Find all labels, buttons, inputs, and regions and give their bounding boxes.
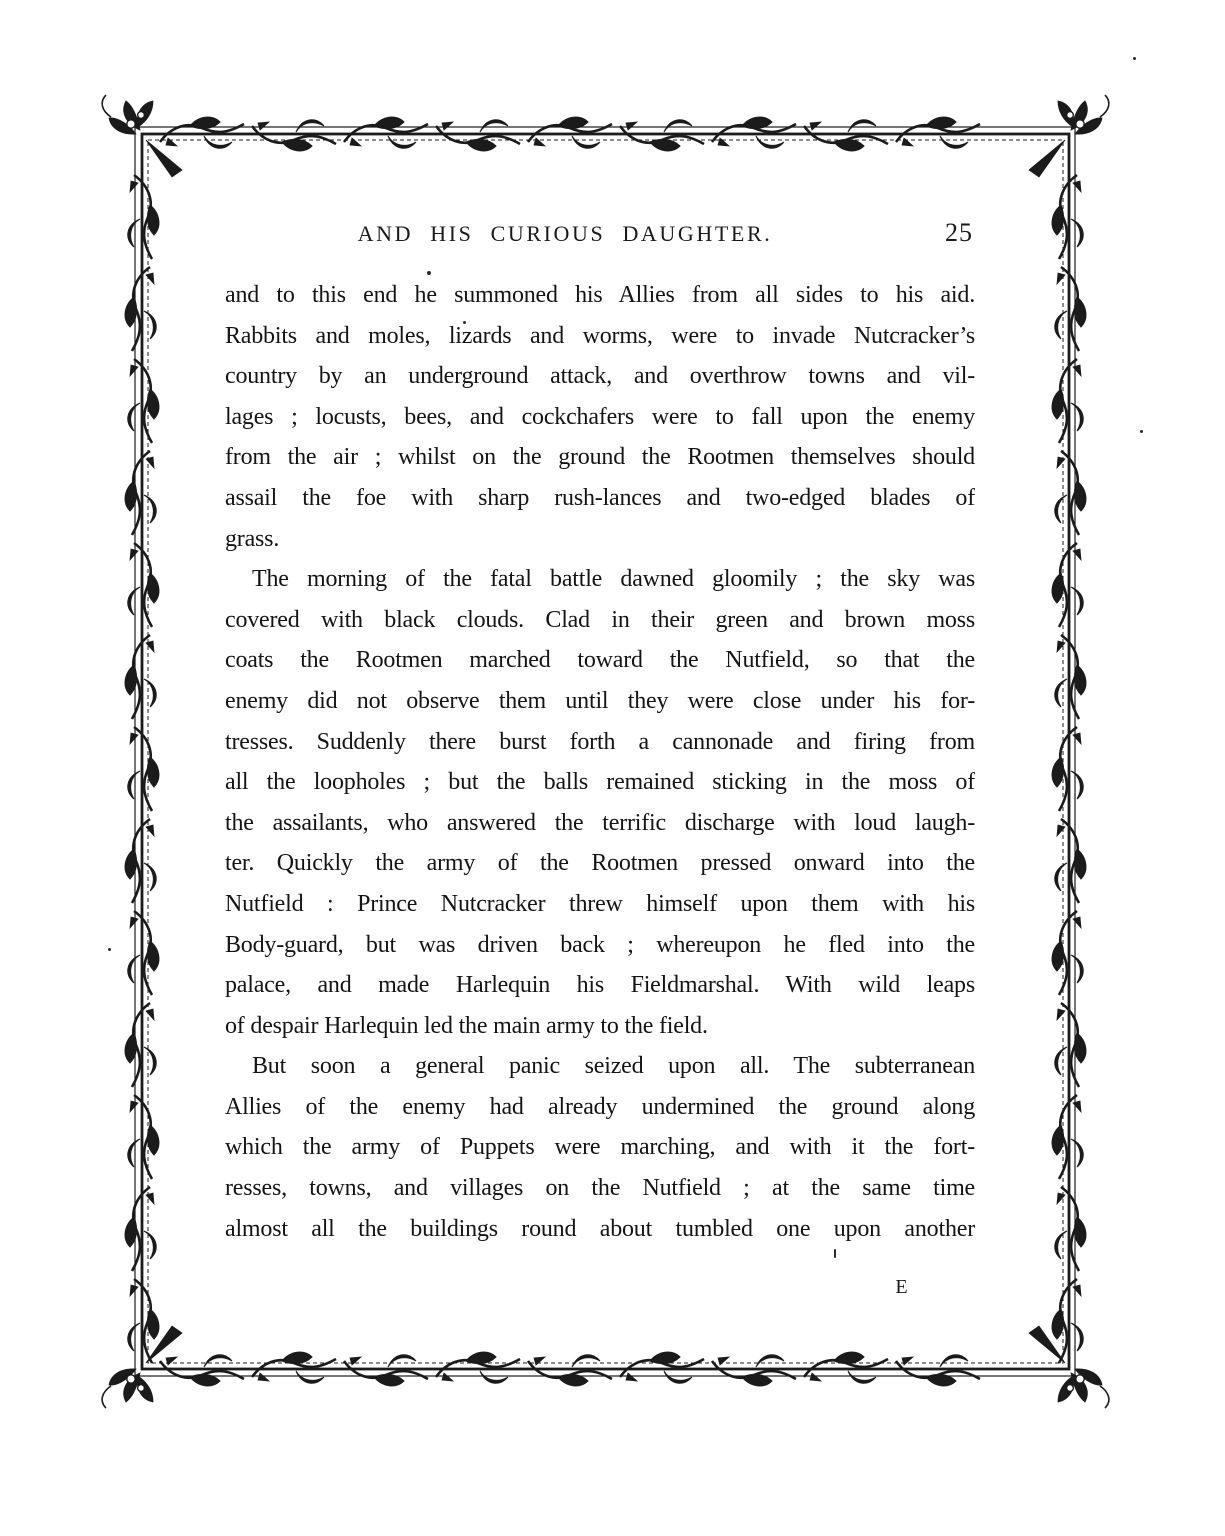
text-line: the assailants, who answered the terrifi… xyxy=(225,803,975,844)
text-line: lages ; locusts, bees, and cockchafers w… xyxy=(225,397,975,438)
text-line: which the army of Puppets were marching,… xyxy=(225,1127,975,1168)
scan-speck xyxy=(463,321,466,324)
running-head: AND HIS CURIOUS DAUGHTER. 25 xyxy=(225,221,975,255)
scan-speck xyxy=(1133,57,1136,60)
text-line: Rabbits and moles, lizards and worms, we… xyxy=(225,316,975,357)
text-line: Allies of the enemy had already undermin… xyxy=(225,1087,975,1128)
body-text: and to this end he summoned his Allies f… xyxy=(225,275,975,1249)
book-page: AND HIS CURIOUS DAUGHTER. 25 and to this… xyxy=(0,0,1225,1536)
text-line: enemy did not observe them until they we… xyxy=(225,681,975,722)
text-line: assail the foe with sharp rush-lances an… xyxy=(225,478,975,519)
text-line: Body-guard, but was driven back ; whereu… xyxy=(225,925,975,966)
scan-speck xyxy=(108,948,111,951)
text-line: palace, and made Harlequin his Fieldmars… xyxy=(225,965,975,1006)
text-line: But soon a general panic seized upon all… xyxy=(225,1046,975,1087)
text-line: The morning of the fatal battle dawned g… xyxy=(225,559,975,600)
text-line: all the loopholes ; but the balls remain… xyxy=(225,762,975,803)
text-line: almost all the buildings round about tum… xyxy=(225,1209,975,1250)
scan-speck xyxy=(1140,430,1143,433)
text-line: of despair Harlequin led the main army t… xyxy=(225,1006,975,1047)
text-line: resses, towns, and villages on the Nutfi… xyxy=(225,1168,975,1209)
scan-speck xyxy=(834,1249,836,1258)
text-line: covered with black clouds. Clad in their… xyxy=(225,600,975,641)
text-line: country by an underground attack, and ov… xyxy=(225,356,975,397)
running-title: AND HIS CURIOUS DAUGHTER. xyxy=(225,221,905,247)
scan-speck xyxy=(427,271,431,275)
text-line: ter. Quickly the army of the Rootmen pre… xyxy=(225,843,975,884)
text-line: coats the Rootmen marched toward the Nut… xyxy=(225,640,975,681)
text-line: from the air ; whilst on the ground the … xyxy=(225,437,975,478)
text-line: tresses. Suddenly there burst forth a ca… xyxy=(225,722,975,763)
signature-mark: E xyxy=(880,1276,924,1299)
text-line: Nutfield : Prince Nutcracker threw himse… xyxy=(225,884,975,925)
text-line: and to this end he summoned his Allies f… xyxy=(225,275,975,316)
page-number: 25 xyxy=(945,218,973,248)
text-line: grass. xyxy=(225,519,975,560)
